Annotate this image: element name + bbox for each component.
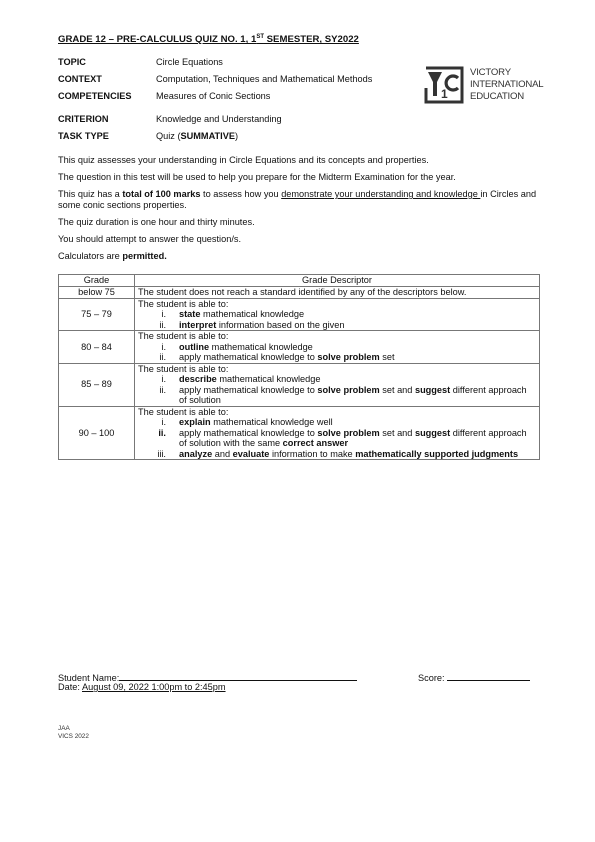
title-superscript: ST <box>256 34 264 40</box>
item-keyword: outline <box>179 342 209 352</box>
school-year-note: VICS 2022 <box>58 733 89 741</box>
descriptor-column-header: Grade Descriptor <box>135 275 540 287</box>
task-type-value: Quiz (SUMMATIVE) <box>156 131 238 141</box>
descriptor-intro: The student does not reach a standard id… <box>138 287 536 298</box>
item-fragment: mathematical knowledge <box>209 342 313 352</box>
descriptor-item: i.outline mathematical knowledge <box>138 342 536 353</box>
table-body: below 75The student does not reach a sta… <box>59 287 540 460</box>
item-fragment: mathematical knowledge <box>217 374 321 384</box>
topic-value: Circle Equations <box>156 57 223 67</box>
descriptor-cell: The student is able to:i.outline mathema… <box>135 331 540 364</box>
score-label: Score: <box>418 673 445 683</box>
item-text: state mathematical knowledge <box>179 309 536 320</box>
grade-cell: 90 – 100 <box>59 406 135 460</box>
item-keyword: interpret <box>179 320 216 330</box>
item-keyword: solve problem <box>317 428 379 438</box>
grade-cell: below 75 <box>59 287 135 299</box>
item-keyword: explain <box>179 417 211 427</box>
grade-column-header: Grade <box>59 275 135 287</box>
item-fragment: mathematical knowledge well <box>211 417 333 427</box>
p3-text-b: to assess how you <box>201 189 282 199</box>
item-keyword: state <box>179 309 200 319</box>
descriptor-item: i.state mathematical knowledge <box>138 309 536 320</box>
logo-text-line3: EDUCATION <box>470 91 543 103</box>
title-text: GRADE 12 – PRE-CALCULUS QUIZ NO. 1, 1 <box>58 34 256 45</box>
criterion-value: Knowledge and Understanding <box>156 114 282 124</box>
competencies-label: COMPETENCIES <box>58 91 132 101</box>
intro-paragraph-3: This quiz has a total of 100 marks to as… <box>58 189 538 211</box>
grade-cell: 80 – 84 <box>59 331 135 364</box>
item-number: i. <box>138 374 179 385</box>
task-type-bold: SUMMATIVE <box>181 131 235 141</box>
item-fragment: apply mathematical knowledge to <box>179 352 317 362</box>
descriptor-cell: The student does not reach a standard id… <box>135 287 540 299</box>
item-text: interpret information based on the given <box>179 320 536 331</box>
p6-bold: permitted. <box>122 251 166 261</box>
table-row: 80 – 84The student is able to:i.outline … <box>59 331 540 364</box>
descriptor-item: ii.apply mathematical knowledge to solve… <box>138 352 536 363</box>
item-keyword: suggest <box>415 385 450 395</box>
logo-text-line1: VICTORY <box>470 67 543 79</box>
descriptor-item: ii.apply mathematical knowledge to solve… <box>138 428 536 449</box>
school-logo: 1 VICTORY INTERNATIONAL EDUCATION <box>424 66 544 106</box>
intro-paragraph-6: Calculators are permitted. <box>58 251 538 262</box>
intro-paragraph-2: The question in this test will be used t… <box>58 172 538 183</box>
item-fragment: set and <box>380 428 415 438</box>
item-text: analyze and evaluate information to make… <box>179 449 536 460</box>
item-keyword: solve problem <box>317 385 379 395</box>
intro-paragraph-1: This quiz assesses your understanding in… <box>58 155 538 166</box>
grade-cell: 75 – 79 <box>59 298 135 331</box>
student-name-field[interactable] <box>119 671 357 681</box>
item-text: apply mathematical knowledge to solve pr… <box>179 428 536 449</box>
task-type-suffix: ) <box>235 131 238 141</box>
item-keyword: mathematically supported judgments <box>355 449 518 459</box>
descriptor-item: ii.apply mathematical knowledge to solve… <box>138 385 536 406</box>
task-type-label: TASK TYPE <box>58 131 109 141</box>
item-fragment: and <box>212 449 232 459</box>
competencies-value: Measures of Conic Sections <box>156 91 270 101</box>
logo-text-line2: INTERNATIONAL <box>470 79 543 91</box>
table-row: 90 – 100The student is able to:i.explain… <box>59 406 540 460</box>
table-row: 75 – 79The student is able to:i.state ma… <box>59 298 540 331</box>
score-line: Score: <box>418 671 530 683</box>
descriptor-cell: The student is able to:i.state mathemati… <box>135 298 540 331</box>
context-label: CONTEXT <box>58 74 102 84</box>
criterion-label: CRITERION <box>58 114 109 124</box>
item-text: outline mathematical knowledge <box>179 342 536 353</box>
date-label: Date: <box>58 682 80 692</box>
descriptor-intro: The student is able to: <box>138 407 536 418</box>
task-type-prefix: Quiz ( <box>156 131 181 141</box>
descriptor-item: i.explain mathematical knowledge well <box>138 417 536 428</box>
descriptor-item: iii.analyze and evaluate information to … <box>138 449 536 460</box>
item-text: apply mathematical knowledge to solve pr… <box>179 352 536 363</box>
item-fragment: mathematical knowledge <box>200 309 304 319</box>
author-initials: JAA <box>58 725 70 733</box>
item-keyword: evaluate <box>233 449 270 459</box>
descriptor-cell: The student is able to:i.describe mathem… <box>135 363 540 406</box>
date-value: August 09, 2022 1:00pm to 2:45pm <box>82 682 226 692</box>
item-number: ii. <box>138 385 179 406</box>
item-number: ii. <box>138 352 179 363</box>
item-fragment: apply mathematical knowledge to <box>179 385 317 395</box>
p3-underline: demonstrate your understanding and knowl… <box>281 189 480 199</box>
descriptor-item: ii.interpret information based on the gi… <box>138 320 536 331</box>
item-text: describe mathematical knowledge <box>179 374 536 385</box>
intro-paragraph-4: The quiz duration is one hour and thirty… <box>58 217 538 228</box>
item-number: i. <box>138 309 179 320</box>
descriptor-intro: The student is able to: <box>138 364 536 375</box>
title-text-suffix: SEMESTER, SY2022 <box>264 34 359 45</box>
item-number: i. <box>138 417 179 428</box>
descriptor-cell: The student is able to:i.explain mathema… <box>135 406 540 460</box>
score-field[interactable] <box>447 671 530 681</box>
item-fragment: set <box>380 352 395 362</box>
quiz-title: GRADE 12 – PRE-CALCULUS QUIZ NO. 1, 1ST … <box>58 34 359 45</box>
logo-text: VICTORY INTERNATIONAL EDUCATION <box>470 67 543 103</box>
p6-text: Calculators are <box>58 251 122 261</box>
item-keyword: solve problem <box>317 352 379 362</box>
item-keyword: suggest <box>415 428 450 438</box>
p3-bold: total of 100 marks <box>122 189 200 199</box>
p3-text-a: This quiz has a <box>58 189 122 199</box>
date-line: Date: August 09, 2022 1:00pm to 2:45pm <box>58 682 226 692</box>
table-row: 85 – 89The student is able to:i.describe… <box>59 363 540 406</box>
item-number: iii. <box>138 449 179 460</box>
item-text: apply mathematical knowledge to solve pr… <box>179 385 536 406</box>
item-number: ii. <box>138 428 179 449</box>
item-fragment: information to make <box>269 449 355 459</box>
item-keyword: analyze <box>179 449 212 459</box>
intro-paragraph-5: You should attempt to answer the questio… <box>58 234 538 245</box>
victory-logo-icon: 1 <box>424 66 464 104</box>
descriptor-item: i.describe mathematical knowledge <box>138 374 536 385</box>
svg-text:1: 1 <box>441 87 448 101</box>
item-fragment: set and <box>380 385 415 395</box>
item-fragment: apply mathematical knowledge to <box>179 428 317 438</box>
item-number: i. <box>138 342 179 353</box>
descriptor-intro: The student is able to: <box>138 331 536 342</box>
descriptor-intro: The student is able to: <box>138 299 536 310</box>
table-row: below 75The student does not reach a sta… <box>59 287 540 299</box>
item-keyword: describe <box>179 374 217 384</box>
grade-descriptor-table: Grade Grade Descriptor below 75The stude… <box>58 274 540 460</box>
item-number: ii. <box>138 320 179 331</box>
context-value: Computation, Techniques and Mathematical… <box>156 74 372 84</box>
grade-cell: 85 – 89 <box>59 363 135 406</box>
topic-label: TOPIC <box>58 57 86 67</box>
item-text: explain mathematical knowledge well <box>179 417 536 428</box>
table-header-row: Grade Grade Descriptor <box>59 275 540 287</box>
item-fragment: information based on the given <box>216 320 344 330</box>
item-keyword: correct answer <box>283 438 348 448</box>
